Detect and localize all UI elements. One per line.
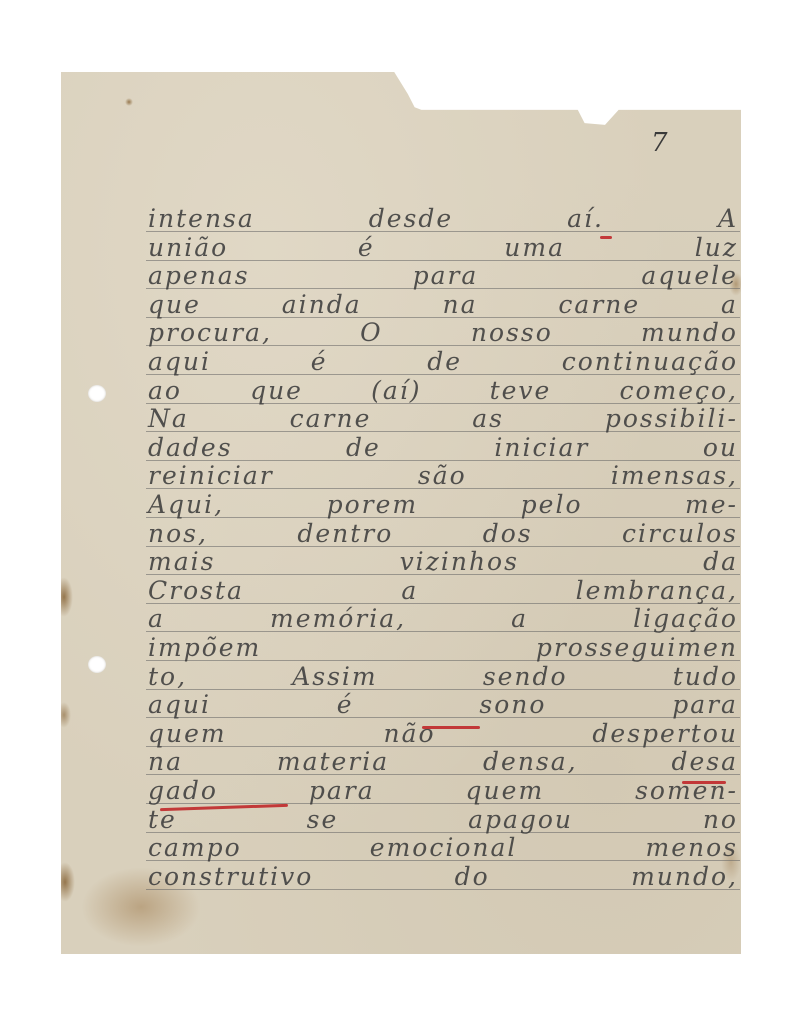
text-line: aquiésonopara: [148, 691, 738, 719]
word: reiniciar: [148, 461, 274, 490]
word: (aí): [371, 376, 421, 405]
word: continuação: [562, 347, 738, 376]
word: desa: [671, 747, 738, 776]
word: aqui: [148, 690, 211, 719]
word: pelo: [521, 490, 583, 519]
text-line: maisvizinhosda: [148, 548, 738, 576]
word: são: [418, 461, 467, 490]
stain-top-spot: [125, 98, 133, 106]
word: ainda: [282, 290, 362, 319]
text-line: namateriadensa,desa: [148, 748, 738, 776]
page-number: 7: [651, 128, 668, 158]
word: ou: [703, 433, 738, 462]
word: na: [148, 747, 183, 776]
word: nos,: [148, 519, 208, 548]
stain-left-edge-3: [55, 862, 75, 902]
word: to,: [148, 662, 187, 691]
word: intensa: [148, 204, 255, 233]
word: a: [721, 290, 738, 319]
word: A: [718, 204, 738, 233]
text-line: nos,dentrodoscirculos: [148, 520, 738, 548]
text-line: uniãoéumaluz: [148, 234, 738, 262]
word: aí.: [567, 204, 604, 233]
word: vizinhos: [400, 547, 519, 576]
word: apagou: [468, 805, 573, 834]
word: dades: [148, 433, 233, 462]
word: menos: [646, 833, 738, 862]
word: sendo: [483, 662, 568, 691]
word: para: [672, 690, 738, 719]
word: sono: [479, 690, 546, 719]
word: que: [250, 376, 303, 405]
word: desde: [369, 204, 453, 233]
word: Crosta: [148, 576, 244, 605]
text-line: aquiédecontinuação: [148, 348, 738, 376]
word: quem: [466, 776, 545, 805]
word: para: [413, 261, 479, 290]
word: começo,: [619, 376, 738, 405]
word: luz: [695, 233, 738, 262]
text-line: Nacarneaspossibili-: [148, 405, 738, 433]
word: é: [358, 233, 375, 262]
word: que: [148, 290, 201, 319]
word: é: [311, 347, 328, 376]
text-line: aoque(aí)tevecomeço,: [148, 377, 738, 405]
word: de: [346, 433, 381, 462]
text-line: Crostaalembrança,: [148, 577, 738, 605]
word: aquele: [641, 261, 738, 290]
word: porem: [327, 490, 419, 519]
word: tudo: [673, 662, 738, 691]
word: materia: [277, 747, 389, 776]
word: aqui: [148, 347, 211, 376]
text-line: impõemprosseguimen: [148, 634, 738, 662]
word: a: [148, 604, 165, 633]
red-underline-desa: [682, 781, 726, 784]
word: circulos: [622, 519, 738, 548]
word: mundo,: [631, 862, 738, 891]
word: as: [472, 404, 504, 433]
word: impõem: [148, 633, 261, 662]
word: Na: [148, 404, 189, 433]
text-line: to,Assimsendotudo: [148, 663, 738, 691]
text-line: intensadesdeaí.A: [148, 205, 738, 233]
word: prosseguimen: [536, 633, 738, 662]
punch-hole-top: [88, 385, 106, 402]
word: de: [427, 347, 462, 376]
word: nosso: [471, 318, 553, 347]
word: lembrança,: [576, 576, 738, 605]
red-underline-sono: [422, 726, 480, 729]
word: dentro: [297, 519, 393, 548]
word: do: [455, 862, 490, 891]
text-line: apenasparaaquele: [148, 262, 738, 290]
text-line: dadesdeiniciarou: [148, 434, 738, 462]
word: na: [443, 290, 478, 319]
word: mundo: [641, 318, 738, 347]
word: teve: [490, 376, 552, 405]
word: O: [360, 318, 383, 347]
word: gado: [148, 776, 218, 805]
text-line: teseapagouno: [148, 806, 738, 834]
word: construtivo: [148, 862, 313, 891]
word: a: [401, 576, 418, 605]
word: no: [703, 805, 738, 834]
document-scan: 7 intensadesdeaí.Auniãoéumaluzapenaspara…: [0, 0, 806, 1024]
word: memória,: [270, 604, 406, 633]
word: despertou: [592, 719, 738, 748]
word: me-: [685, 490, 738, 519]
text-line: construtivodomundo,: [148, 863, 738, 891]
word: campo: [148, 833, 242, 862]
word: emocional: [370, 833, 518, 862]
text-line: procura,Onossomundo: [148, 319, 738, 347]
text-line: quemnãodespertou: [148, 720, 738, 748]
word: união: [148, 233, 228, 262]
text-line: reiniciarsãoimensas,: [148, 462, 738, 490]
red-underline-a: [600, 236, 612, 239]
word: carne: [290, 404, 372, 433]
word: não: [383, 719, 435, 748]
word: se: [307, 805, 339, 834]
word: é: [337, 690, 354, 719]
word: carne: [558, 290, 640, 319]
word: mais: [148, 547, 215, 576]
stain-left-edge-2: [57, 702, 71, 728]
text-line: campoemocionalmenos: [148, 834, 738, 862]
word: possibili-: [605, 404, 738, 433]
word: Aqui,: [148, 490, 224, 519]
word: iniciar: [494, 433, 589, 462]
text-line: gadoparaquemsomen-: [148, 777, 738, 805]
word: da: [703, 547, 738, 576]
punch-hole-bottom: [88, 656, 106, 673]
word: ao: [148, 376, 182, 405]
word: apenas: [148, 261, 250, 290]
word: densa,: [483, 747, 578, 776]
word: dos: [483, 519, 533, 548]
text-line: queaindanacarnea: [148, 291, 738, 319]
word: ligação: [633, 604, 738, 633]
text-line: amemória,aligação: [148, 605, 738, 633]
stain-left-edge: [55, 577, 73, 617]
word: Assim: [292, 662, 377, 691]
word: uma: [504, 233, 565, 262]
word: a: [511, 604, 528, 633]
text-line: Aqui,porempelome-: [148, 491, 738, 519]
word: procura,: [148, 318, 272, 347]
word: imensas,: [611, 461, 738, 490]
word: para: [309, 776, 375, 805]
word: quem: [148, 719, 227, 748]
